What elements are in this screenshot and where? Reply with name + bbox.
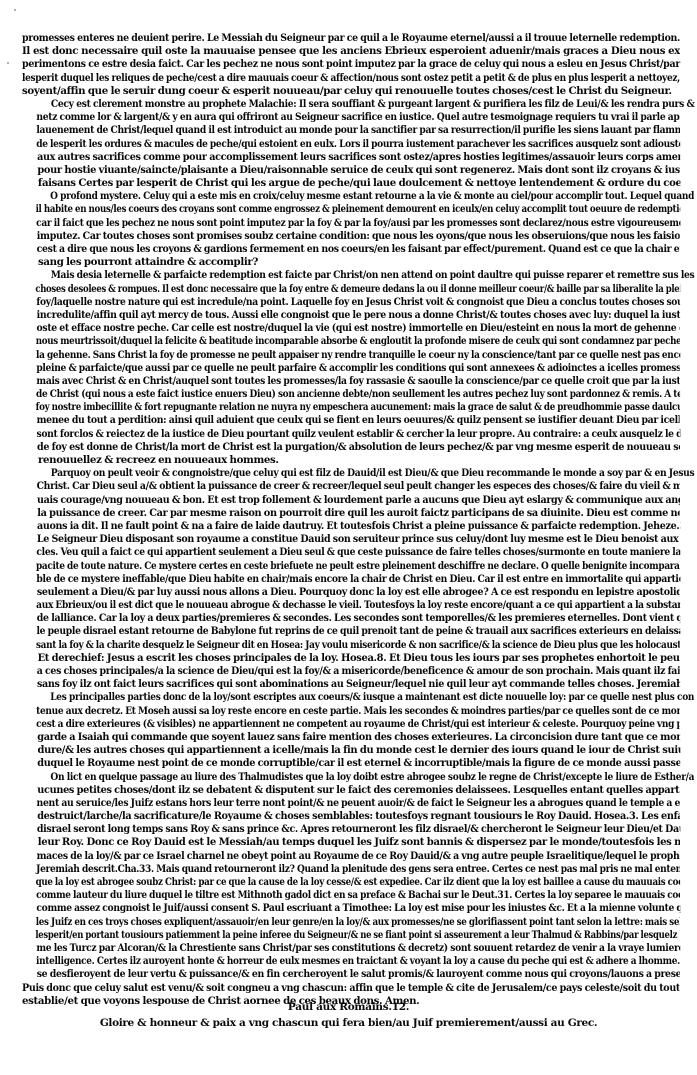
text-line: On lict en quelque passage au liure des … <box>22 771 694 784</box>
text-line: dure/& les autres choses qui appartienne… <box>22 744 680 757</box>
text-line: sont forclos & reiectez de la iustice de… <box>22 428 680 441</box>
scan-speck <box>7 62 9 64</box>
text-line: Le Seigneur Dieu disposant son royaume a… <box>22 533 680 546</box>
text-line: netz comme lor & largent/& y en aura qui… <box>22 111 680 124</box>
text-line: de lesperit les ordures & macules de pec… <box>22 138 680 151</box>
text-line: de lalliance. Car la loy a deux parties/… <box>22 612 680 625</box>
text-line: foy/laquelle nostre nature qui est incre… <box>22 296 680 309</box>
text-line: perimentons ce estre desia faict. Car le… <box>22 58 680 71</box>
scripture-reference: Paul aux Romains.12. <box>0 1001 697 1014</box>
paragraph-p6: Les principalles parties donc de la loy/… <box>22 691 680 770</box>
text-line: auons ia dit. Il ne fault point & na a f… <box>22 520 680 533</box>
text-line: de foy est donne de Christ/la mort de Ch… <box>22 441 680 454</box>
text-line: sang les pourront attaindre & accomplir? <box>22 256 680 269</box>
text-line: leur Roy. Donc ce Roy Dauid est le Messi… <box>22 836 680 849</box>
text-line: lesperit duquel les reliques de peche/ce… <box>22 72 680 85</box>
scan-speck <box>14 9 16 11</box>
text-line: promesses enteres ne deuient perire. Le … <box>22 32 680 45</box>
text-line: comme assez congnoist le Juif/aussi cons… <box>22 902 680 915</box>
text-line: les Juifz en ces troys choses expliquent… <box>22 916 680 929</box>
text-line: a ces choses principales/a la science de… <box>22 665 680 678</box>
text-line: uais courage/vng nouueau & bon. Et est t… <box>22 494 680 507</box>
text-line: oste et efface nostre peche. Car celle e… <box>22 322 680 335</box>
text-line: Christ. Car Dieu seul a/& obtient la pui… <box>22 480 680 493</box>
text-line: pour hostie viuante/saincte/plaisante a … <box>22 164 680 177</box>
text-line: sant la foy & la charite desquelz le Sei… <box>22 639 680 652</box>
text-line: ucunes petites choses/dont ilz se debate… <box>22 784 680 797</box>
paragraph-p5: Parquoy on peult veoir & congnoistre/que… <box>22 467 680 691</box>
text-line: cest a dire que nous les croyons & gardi… <box>22 243 680 256</box>
text-line: il habite en nous/les coeurs des croyans… <box>22 203 680 216</box>
text-line: O profond mystere. Celuy qui a este mis … <box>22 190 694 203</box>
text-line: seulement a Dieu/& par luy aussi nous al… <box>22 586 680 599</box>
text-line: que la loy est abrogee soubz Christ: par… <box>22 876 680 889</box>
paragraph-p7: On lict en quelque passage au liure des … <box>22 771 680 982</box>
text-line: aux autres sacrifices comme pour accompl… <box>22 151 680 164</box>
text-line: renouuellez & recreez en nouueaux hommes… <box>22 454 680 467</box>
text-line: menee du tout a perdition: ainsi quil ad… <box>22 414 680 427</box>
text-line: cles. Veu quil a faict ce qui appartient… <box>22 546 680 559</box>
text-line: Cecy est clerement monstre au prophete M… <box>22 98 694 111</box>
text-line: soyent/affin que le seruir dung coeur & … <box>22 85 680 98</box>
text-line: Jeremiah descrit.Cha.33. Mais quand reto… <box>22 863 680 876</box>
text-line: incredulite/affin quil ayt mercy de tous… <box>22 309 680 322</box>
text-line: disrael seront long temps sans Roy & san… <box>22 823 680 836</box>
text-line: foy nostre imbecillite & fort repugnante… <box>22 401 680 414</box>
paragraph-p1: promesses enteres ne deuient perire. Le … <box>22 32 680 98</box>
paragraph-p3: O profond mystere. Celuy qui a este mis … <box>22 190 680 269</box>
text-line: aux Ebrieux/ou il est dict que le nouuea… <box>22 599 680 612</box>
text-line: pacite de toute nature. Ce mystere certe… <box>22 560 680 573</box>
text-line: Puis donc que celuy salut est venu/& soi… <box>22 982 680 995</box>
text-line: car il faict que les pechez ne nous sont… <box>22 217 680 230</box>
text-line: me les Turcz par Alcoran/& la Chrestient… <box>22 942 680 955</box>
text-line: la puissance de creer. Car par mesme rai… <box>22 507 680 520</box>
text-line: nous meurtrissoit/duquel la felicite & b… <box>22 335 680 348</box>
scripture-quote: Gloire & honneur & paix a vng chascun qu… <box>0 1017 697 1030</box>
text-line: Et derechief: Jesus a escrit les choses … <box>22 652 680 665</box>
scanned-page: promesses enteres ne deuient perire. Le … <box>0 0 697 1075</box>
text-line: destruict/larche/la sacrificature/le Roy… <box>22 810 680 823</box>
text-line: Mais desia leternelle & parfaicte redemp… <box>22 269 694 282</box>
text-line: Parquoy on peult veoir & congnoistre/que… <box>22 467 694 480</box>
text-line: faisans Certes par lesperit de Christ qu… <box>22 177 680 190</box>
text-line: se desfieroyent de leur vertu & puissanc… <box>22 968 680 981</box>
text-line: lauenement de Christ/lequel quand il est… <box>22 124 680 137</box>
text-line: garde a Isaiah qui commande que soyent l… <box>22 731 680 744</box>
text-line: ble de ce mystere ineffable/que Dieu hab… <box>22 573 680 586</box>
text-line: comme lauteur du liure duquel le tiltre … <box>22 889 680 902</box>
text-line: le peuple disrael estant retourne de Bab… <box>22 625 680 638</box>
body-text: promesses enteres ne deuient perire. Le … <box>22 32 680 1008</box>
text-line: maces de la loy/& par ce Israel charnel … <box>22 850 680 863</box>
text-line: Les principalles parties donc de la loy/… <box>22 691 694 704</box>
text-line: duquel le Royaume nest point de ce monde… <box>22 757 680 770</box>
text-line: tenue aux decretz. Et Moseh aussi sa loy… <box>22 705 680 718</box>
text-line: cest a dire exterieures (& visibles) ne … <box>22 718 680 731</box>
text-line: imputez. Car toutes choses sont promises… <box>22 230 680 243</box>
text-line: mais avec Christ & en Christ/auquel sont… <box>22 375 680 388</box>
text-line: pleine & parfaicte/que aussi par ce quel… <box>22 362 680 375</box>
paragraph-p4: Mais desia leternelle & parfaicte redemp… <box>22 269 680 467</box>
text-line: intelligence. Certes ilz auroyent honte … <box>22 955 680 968</box>
text-line: de Christ (qui nous a este faict iustice… <box>22 388 680 401</box>
text-line: lesperit/en portant tousiours patiemment… <box>22 929 680 942</box>
paragraph-p2: Cecy est clerement monstre au prophete M… <box>22 98 680 190</box>
text-line: sans foy ilz ont faict leurs sacrifices … <box>22 678 680 691</box>
text-line: nent au seruice/les Juifz estans hors le… <box>22 797 680 810</box>
text-line: choses desolees & rompues. Il est donc n… <box>22 283 680 296</box>
text-line: Il est donc necessaire quil oste la mauu… <box>22 45 680 58</box>
text-line: la gehenne. Sans Christ la foy de promes… <box>22 349 680 362</box>
